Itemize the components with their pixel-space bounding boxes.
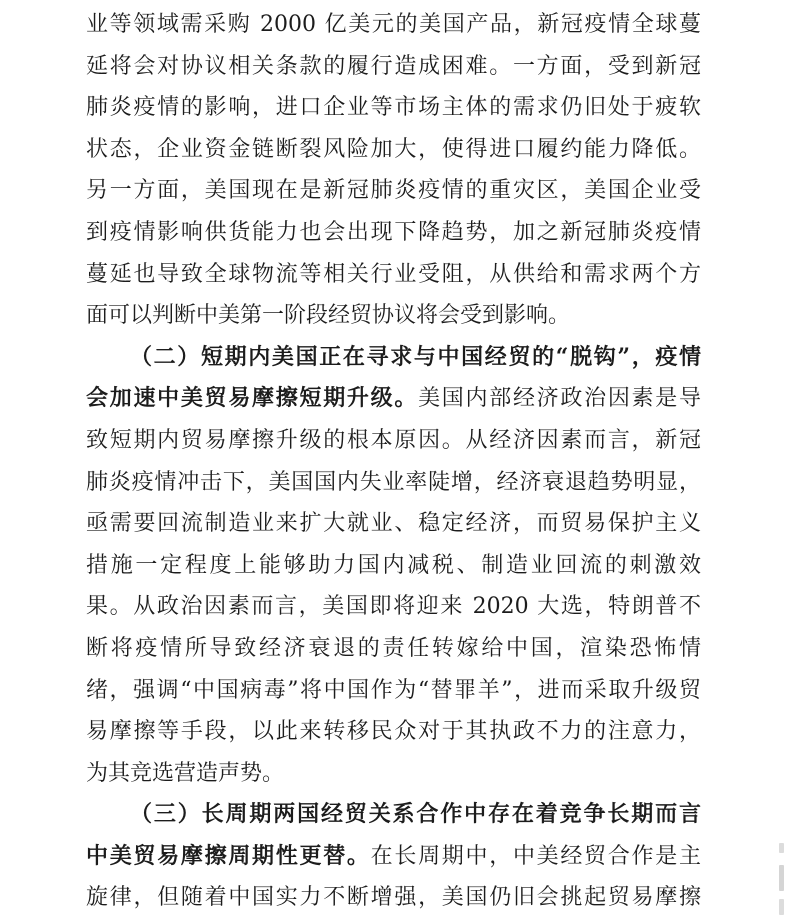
scan-edge-artifact bbox=[776, 843, 785, 918]
heading-run: 中美贸易摩擦周期性更替。 bbox=[86, 843, 371, 869]
text-run: 旋律，但随着中国实力不断增强，美国仍旧会挑起贸易摩擦 bbox=[86, 885, 701, 910]
text-line: 果。从政治因素而言，美国即将迎来 2020 大选，特朗普不 bbox=[86, 586, 701, 628]
heading-run: （二）短期内美国正在寻求与中国经贸的“脱钩”，疫情 bbox=[130, 344, 701, 370]
text-line: 致短期内贸易摩擦升级的根本原因。从经济因素而言，新冠 bbox=[86, 420, 701, 462]
text-line: 中美贸易摩擦周期性更替。在长周期中，中美经贸合作是主 bbox=[86, 836, 701, 878]
text-line: 业等领域需采购 2000 亿美元的美国产品，新冠疫情全球蔓 bbox=[86, 4, 701, 46]
text-line: 绪，强调“中国病毒”将中国作为“替罪羊”，进而采取升级贸 bbox=[86, 670, 701, 712]
text-run: 状态，企业资金链断裂风险加大，使得进口履约能力降低。 bbox=[86, 137, 701, 162]
heading-run: 会加速中美贸易摩擦短期升级。 bbox=[86, 385, 418, 411]
scan-mark bbox=[779, 843, 784, 853]
text-line: 会加速中美贸易摩擦短期升级。美国内部经济政治因素是导 bbox=[86, 378, 701, 420]
text-run: 为其竞选营造声势。 bbox=[86, 761, 284, 786]
text-line: 面可以判断中美第一阶段经贸协议将会受到影响。 bbox=[86, 295, 701, 337]
text-run: 美国内部经济政治因素是导 bbox=[418, 386, 701, 411]
text-line: 断将疫情所导致经济衰退的责任转嫁给中国，渲染恐怖情 bbox=[86, 628, 701, 670]
text-line: 为其竞选营造声势。 bbox=[86, 753, 701, 795]
text-line: （二）短期内美国正在寻求与中国经贸的“脱钩”，疫情 bbox=[86, 337, 701, 379]
document-page: 业等领域需采购 2000 亿美元的美国产品，新冠疫情全球蔓延将会对协议相关条款的… bbox=[0, 0, 785, 922]
scan-mark bbox=[779, 865, 784, 891]
text-run: 果。从政治因素而言，美国即将迎来 2020 大选，特朗普不 bbox=[86, 594, 701, 619]
text-line: 亟需要回流制造业来扩大就业、稳定经济，而贸易保护主义 bbox=[86, 503, 701, 545]
text-line: 措施一定程度上能够助力国内减税、制造业回流的刺激效 bbox=[86, 545, 701, 587]
text-run: 易摩擦等手段，以此来转移民众对于其执政不力的注意力， bbox=[86, 719, 701, 744]
heading-run: （三）长周期两国经贸关系合作中存在着竞争长期而言 bbox=[130, 801, 701, 827]
text-run: 另一方面，美国现在是新冠肺炎疫情的重灾区，美国企业受 bbox=[86, 178, 701, 203]
text-line: 易摩擦等手段，以此来转移民众对于其执政不力的注意力， bbox=[86, 711, 701, 753]
text-line: 旋律，但随着中国实力不断增强，美国仍旧会挑起贸易摩擦 bbox=[86, 877, 701, 919]
text-run: 措施一定程度上能够助力国内减税、制造业回流的刺激效 bbox=[86, 553, 701, 578]
text-line: 肺炎疫情的影响，进口企业等市场主体的需求仍旧处于疲软 bbox=[86, 87, 701, 129]
text-line: （三）长周期两国经贸关系合作中存在着竞争长期而言 bbox=[86, 794, 701, 836]
text-run: 延将会对协议相关条款的履行造成困难。一方面，受到新冠 bbox=[86, 54, 701, 79]
text-line: 状态，企业资金链断裂风险加大，使得进口履约能力降低。 bbox=[86, 129, 701, 171]
text-run: 肺炎疫情的影响，进口企业等市场主体的需求仍旧处于疲软 bbox=[86, 95, 701, 120]
text-line: 蔓延也导致全球物流等相关行业受阻，从供给和需求两个方 bbox=[86, 254, 701, 296]
text-run: 致短期内贸易摩擦升级的根本原因。从经济因素而言，新冠 bbox=[86, 428, 701, 453]
text-line: 另一方面，美国现在是新冠肺炎疫情的重灾区，美国企业受 bbox=[86, 170, 701, 212]
scan-mark bbox=[779, 899, 784, 915]
text-run: 业等领域需采购 2000 亿美元的美国产品，新冠疫情全球蔓 bbox=[86, 12, 701, 37]
text-line: 延将会对协议相关条款的履行造成困难。一方面，受到新冠 bbox=[86, 46, 701, 88]
text-run: 到疫情影响供货能力也会出现下降趋势，加之新冠肺炎疫情 bbox=[86, 220, 701, 245]
text-line: 肺炎疫情冲击下，美国国内失业率陡增，经济衰退趋势明显， bbox=[86, 462, 701, 504]
text-line: 到疫情影响供货能力也会出现下降趋势，加之新冠肺炎疫情 bbox=[86, 212, 701, 254]
text-run: 亟需要回流制造业来扩大就业、稳定经济，而贸易保护主义 bbox=[86, 511, 701, 536]
text-run: 断将疫情所导致经济衰退的责任转嫁给中国，渲染恐怖情 bbox=[86, 636, 701, 661]
text-run: 绪，强调“中国病毒”将中国作为“替罪羊”，进而采取升级贸 bbox=[86, 678, 701, 703]
text-run: 面可以判断中美第一阶段经贸协议将会受到影响。 bbox=[86, 303, 570, 328]
text-run: 肺炎疫情冲击下，美国国内失业率陡增，经济衰退趋势明显， bbox=[86, 470, 701, 495]
document-text: 业等领域需采购 2000 亿美元的美国产品，新冠疫情全球蔓延将会对协议相关条款的… bbox=[86, 4, 701, 919]
text-run: 在长周期中，中美经贸合作是主 bbox=[371, 844, 701, 869]
text-run: 蔓延也导致全球物流等相关行业受阻，从供给和需求两个方 bbox=[86, 262, 701, 287]
